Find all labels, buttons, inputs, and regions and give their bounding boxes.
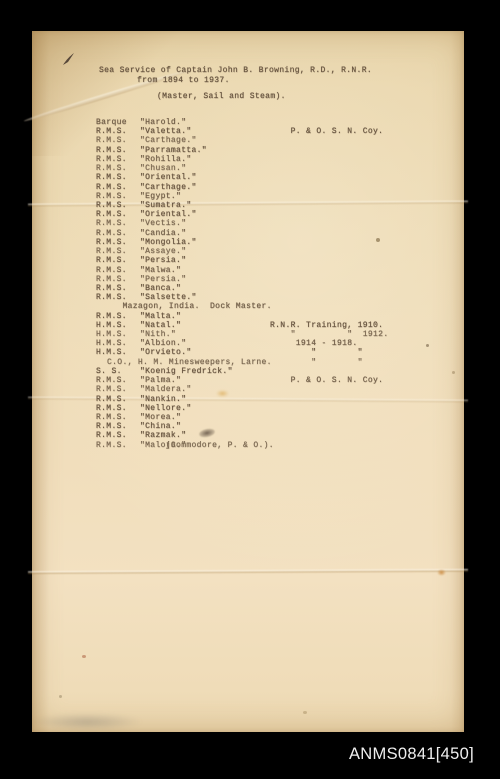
ship-name: "Malta." bbox=[140, 312, 181, 321]
list-item: R.M.S."Banca." bbox=[32, 284, 464, 293]
ship-name: "Parramatta." bbox=[140, 146, 207, 155]
service-note: P. & O. S. N. Coy. bbox=[270, 376, 383, 385]
list-item: R.M.S."Assaye." bbox=[32, 247, 464, 256]
paper-smudge bbox=[32, 713, 142, 731]
ship-name: "Assaye." bbox=[140, 247, 186, 256]
ship-prefix: R.M.S. bbox=[96, 266, 127, 275]
list-item: R.M.S."Razmak." bbox=[32, 431, 464, 440]
ship-prefix: R.M.S. bbox=[96, 219, 127, 228]
ship-name: "Oriental." bbox=[140, 173, 197, 182]
ship-name: "China." bbox=[140, 422, 181, 431]
ship-prefix: R.M.S. bbox=[96, 413, 127, 422]
list-item: Mazagon, India. Dock Master. bbox=[32, 302, 464, 311]
ship-prefix: R.M.S. bbox=[96, 183, 127, 192]
ship-name: "Sumatra." bbox=[140, 201, 192, 210]
list-item: R.M.S."China." bbox=[32, 422, 464, 431]
ship-prefix: R.M.S. bbox=[96, 256, 127, 265]
ship-name: "Persia." bbox=[140, 275, 186, 284]
ship-prefix: R.M.S. bbox=[96, 210, 127, 219]
ship-name: "Maloja." (Commodore, P. & O.). bbox=[140, 441, 274, 450]
ship-name: "Nellore." bbox=[140, 404, 192, 413]
list-item: H.M.S."Orvieto." " " bbox=[32, 348, 464, 357]
paper-crease bbox=[28, 569, 468, 574]
ship-name: "Mongolia." bbox=[140, 238, 197, 247]
service-note: " " bbox=[270, 358, 363, 367]
entry-text: Mazagon, India. Dock Master. bbox=[107, 302, 272, 311]
ship-prefix: R.M.S. bbox=[96, 247, 127, 256]
list-item: R.M.S."Oriental." bbox=[32, 210, 464, 219]
list-item: R.M.S."Valetta." P. & O. S. N. Coy. bbox=[32, 127, 464, 136]
ship-name: "Oriental." bbox=[140, 210, 197, 219]
image-reference-caption: ANMS0841[450] bbox=[349, 745, 474, 764]
ship-name: "Nith." bbox=[140, 330, 176, 339]
pen-mark-icon bbox=[60, 51, 78, 69]
list-item: R.M.S."Nankin." bbox=[32, 395, 464, 404]
ship-name-text: "Maloja." bbox=[140, 441, 186, 450]
ship-prefix: R.M.S. bbox=[96, 275, 127, 284]
list-item: R.M.S."Maldera." bbox=[32, 385, 464, 394]
list-item: R.M.S."Salsette." bbox=[32, 293, 464, 302]
ship-name: "Maldera." bbox=[140, 385, 192, 394]
ship-prefix: R.M.S. bbox=[96, 238, 127, 247]
paper-stain bbox=[59, 695, 62, 698]
service-note: R.N.R. Training, 1910. bbox=[270, 321, 383, 330]
ship-name: "Harold." bbox=[140, 118, 186, 127]
ship-name: "Vectis." bbox=[140, 219, 186, 228]
document-title-line2: from 1894 to 1937. bbox=[137, 76, 230, 85]
ship-name: "Razmak." bbox=[140, 431, 186, 440]
ship-prefix: R.M.S. bbox=[96, 376, 127, 385]
ship-prefix: R.M.S. bbox=[96, 422, 127, 431]
list-item: R.M.S."Vectis." bbox=[32, 219, 464, 228]
ship-prefix: R.M.S. bbox=[96, 312, 127, 321]
ship-name: "Banca." bbox=[140, 284, 181, 293]
ship-name: "Koenig Fredrick." bbox=[140, 367, 233, 376]
ship-prefix: R.M.S. bbox=[96, 155, 127, 164]
ship-prefix: H.M.S. bbox=[96, 330, 127, 339]
ship-prefix: Barque bbox=[96, 118, 127, 127]
list-item: S. S."Koenig Fredrick." bbox=[32, 367, 464, 376]
document-header: Sea Service of Captain John B. Browning,… bbox=[32, 31, 464, 76]
paper-stain bbox=[82, 655, 86, 658]
ship-name: "Rohilla." bbox=[140, 155, 192, 164]
archive-image-viewer: Sea Service of Captain John B. Browning,… bbox=[0, 0, 500, 779]
ship-name: "Egypt." bbox=[140, 192, 181, 201]
paper-stain bbox=[437, 569, 446, 576]
list-item: R.M.S."Carthage." bbox=[32, 183, 464, 192]
ship-prefix: H.M.S. bbox=[96, 348, 127, 357]
ship-name: "Salsette." bbox=[140, 293, 197, 302]
ship-name: "Morea." bbox=[140, 413, 181, 422]
list-item: Barque"Harold." bbox=[32, 118, 464, 127]
list-item: R.M.S."Maloja." (Commodore, P. & O.). bbox=[32, 441, 464, 450]
list-item: R.M.S."Malta." bbox=[32, 312, 464, 321]
ship-prefix: S. S. bbox=[96, 367, 122, 376]
list-item: R.M.S."Candia." bbox=[32, 229, 464, 238]
ship-name: "Natal." bbox=[140, 321, 181, 330]
list-item: R.M.S."Oriental." bbox=[32, 173, 464, 182]
ship-prefix: R.M.S. bbox=[96, 293, 127, 302]
document-title-line1: Sea Service of Captain John B. Browning,… bbox=[99, 66, 372, 75]
ship-prefix: R.M.S. bbox=[96, 395, 127, 404]
list-item: R.M.S."Persia." bbox=[32, 275, 464, 284]
ship-prefix: R.M.S. bbox=[96, 385, 127, 394]
service-note: P. & O. S. N. Coy. bbox=[270, 127, 383, 136]
list-item: R.M.S."Carthage." bbox=[32, 136, 464, 145]
service-note: 1914 - 1918. bbox=[270, 339, 358, 348]
list-item: R.M.S."Morea." bbox=[32, 413, 464, 422]
list-item: R.M.S."Mongolia." bbox=[32, 238, 464, 247]
entry-text: C.O., H. M. Minesweepers, Larne. bbox=[107, 358, 272, 367]
list-item: R.M.S."Persia." bbox=[32, 256, 464, 265]
list-item: R.M.S."Palma." P. & O. S. N. Coy. bbox=[32, 376, 464, 385]
ship-prefix: R.M.S. bbox=[96, 173, 127, 182]
list-item: C.O., H. M. Minesweepers, Larne. " " bbox=[32, 358, 464, 367]
ship-name: "Chusan." bbox=[140, 164, 186, 173]
list-item: R.M.S."Parramatta." bbox=[32, 146, 464, 155]
ship-prefix: H.M.S. bbox=[96, 339, 127, 348]
list-item: R.M.S."Nellore." bbox=[32, 404, 464, 413]
ship-prefix: R.M.S. bbox=[96, 201, 127, 210]
ship-prefix: R.M.S. bbox=[96, 164, 127, 173]
list-item: R.M.S."Egypt." bbox=[32, 192, 464, 201]
ship-prefix: R.M.S. bbox=[96, 136, 127, 145]
ship-name: "Persia." bbox=[140, 256, 186, 265]
list-item: R.M.S."Chusan." bbox=[32, 164, 464, 173]
service-note: " " bbox=[270, 348, 363, 357]
ship-prefix: R.M.S. bbox=[96, 127, 127, 136]
ship-name: "Malwa." bbox=[140, 266, 181, 275]
ship-prefix: R.M.S. bbox=[96, 192, 127, 201]
ship-prefix: R.M.S. bbox=[96, 404, 127, 413]
ship-name: "Carthage." bbox=[140, 136, 197, 145]
ship-list: Barque"Harold."R.M.S."Valetta." P. & O. … bbox=[32, 118, 464, 450]
ship-prefix: R.M.S. bbox=[96, 441, 127, 450]
list-item: R.M.S."Sumatra." bbox=[32, 201, 464, 210]
ship-name: "Palma." bbox=[140, 376, 181, 385]
list-item: R.M.S."Rohilla." bbox=[32, 155, 464, 164]
service-note: " " 1912. bbox=[270, 330, 388, 339]
list-item: R.M.S."Malwa." bbox=[32, 266, 464, 275]
ship-name: "Candia." bbox=[140, 229, 186, 238]
ship-name: "Orvieto." bbox=[140, 348, 192, 357]
ship-prefix: R.M.S. bbox=[96, 229, 127, 238]
ship-name: "Valetta." bbox=[140, 127, 192, 136]
list-item: H.M.S."Natal."R.N.R. Training, 1910. bbox=[32, 321, 464, 330]
list-item: H.M.S."Albion." 1914 - 1918. bbox=[32, 339, 464, 348]
list-item: H.M.S."Nith." " " 1912. bbox=[32, 330, 464, 339]
paper-stain bbox=[303, 711, 307, 714]
ship-name: "Albion." bbox=[140, 339, 186, 348]
ship-prefix: R.M.S. bbox=[96, 431, 127, 440]
ship-prefix: R.M.S. bbox=[96, 146, 127, 155]
ship-prefix: H.M.S. bbox=[96, 321, 127, 330]
ship-name: "Carthage." bbox=[140, 183, 197, 192]
ship-prefix: R.M.S. bbox=[96, 284, 127, 293]
ship-name: "Nankin." bbox=[140, 395, 186, 404]
scanned-document-page: Sea Service of Captain John B. Browning,… bbox=[32, 31, 464, 732]
document-subtitle: (Master, Sail and Steam). bbox=[157, 92, 286, 101]
